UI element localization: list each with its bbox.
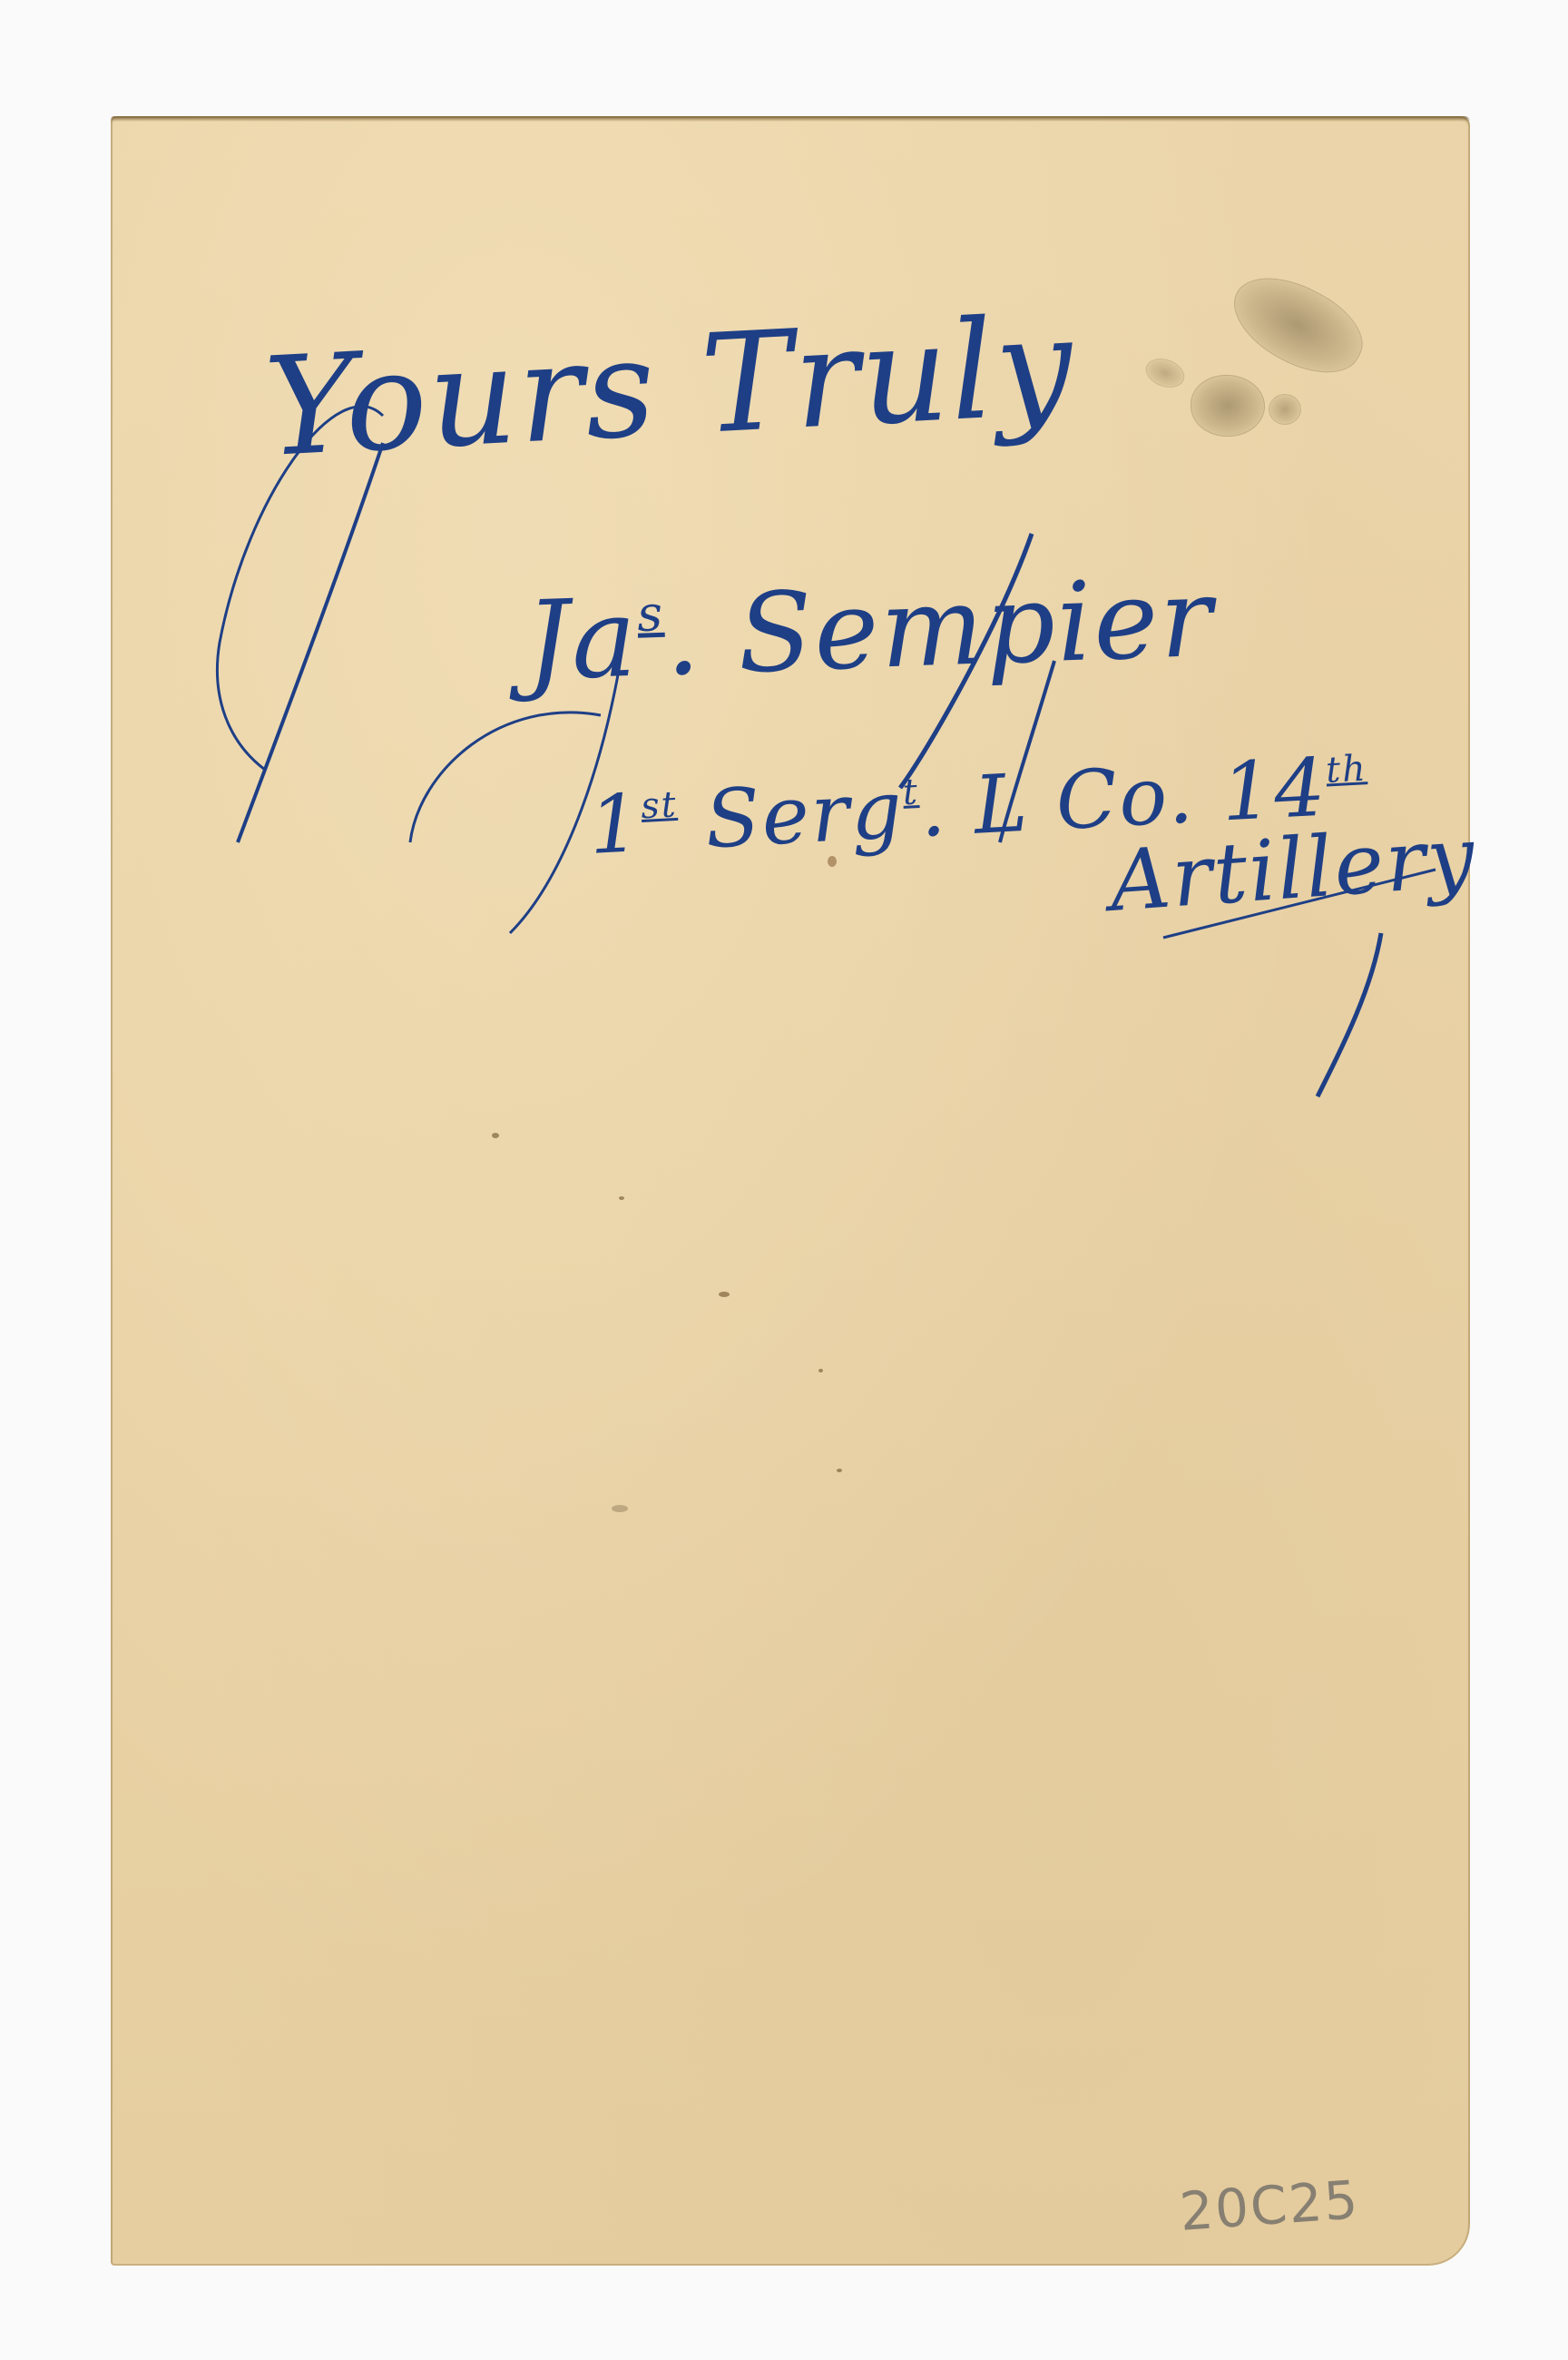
water-stain-dot xyxy=(1269,394,1301,425)
paper-speck xyxy=(837,1469,842,1472)
photo-card-back: Yours Truly Jas. Sempier 1st Sergt. L Co… xyxy=(111,116,1470,2266)
rank: Serg xyxy=(703,762,906,866)
water-stain-small xyxy=(1142,353,1189,392)
ordinal-sup: st xyxy=(640,783,679,827)
regiment-sup: th xyxy=(1325,748,1368,792)
paper-speck xyxy=(619,1196,624,1200)
water-stain-medium xyxy=(1191,375,1265,437)
rank-sup: t xyxy=(902,771,920,813)
water-stain-large xyxy=(1219,259,1377,391)
paper-speck xyxy=(492,1133,499,1138)
name-surname: . Sempier xyxy=(662,556,1215,701)
closing-text: Yours Truly xyxy=(261,288,1078,487)
ordinal: 1 xyxy=(587,776,644,872)
pencil-catalog-number: 20C25 xyxy=(1178,2168,1361,2243)
paper-speck xyxy=(612,1505,628,1512)
name-prefix: Ja xyxy=(524,575,640,705)
name-abbrev-sup: s xyxy=(636,585,665,643)
card-top-edge xyxy=(111,116,1470,122)
paper-speck xyxy=(818,1369,823,1372)
paper-speck xyxy=(719,1292,730,1297)
inscription-closing: Yours Truly xyxy=(261,288,1078,487)
inscription-name: Jas. Sempier xyxy=(524,556,1216,705)
